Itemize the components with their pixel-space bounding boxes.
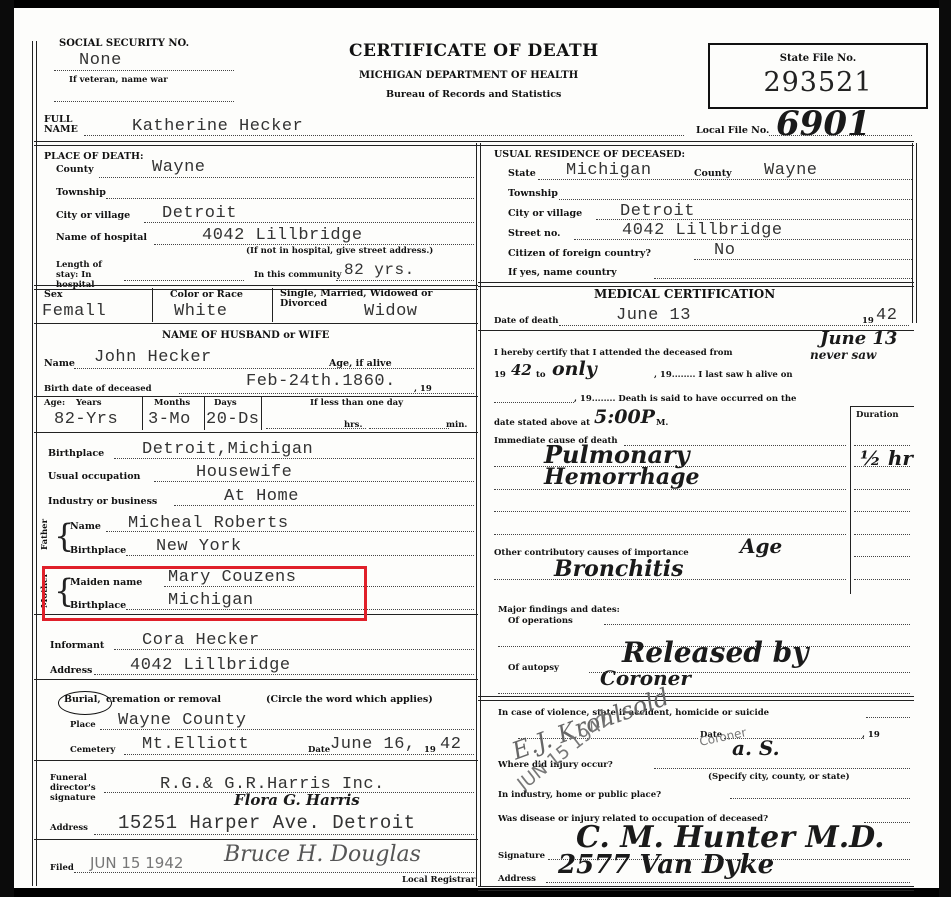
- filed-line: [74, 872, 474, 873]
- other-cause-1: Age: [740, 534, 782, 558]
- bureau-name: Bureau of Records and Statistics: [386, 89, 561, 100]
- res-citizen-label: Citizen of foreign country?: [508, 248, 651, 259]
- pod-community-label: In this community: [254, 270, 341, 280]
- to-label: to: [536, 370, 546, 380]
- registrar-signature: Bruce H. Douglas: [224, 842, 421, 867]
- burial-year-value: 42: [440, 735, 461, 754]
- state-file-box: State File No. 293521: [708, 43, 928, 109]
- res-county-label: County: [694, 168, 732, 179]
- days-value: 20-Ds: [206, 410, 260, 429]
- burial-divider: [34, 760, 478, 761]
- physician-address-line: [546, 882, 910, 883]
- age-label: Age:: [44, 398, 65, 408]
- physician-address-label: Address: [498, 874, 536, 884]
- duration-line-4: [854, 534, 910, 535]
- pod-township-line: [106, 198, 474, 199]
- personal-divider-3: [34, 432, 478, 433]
- burial-place-line: [100, 729, 474, 730]
- race-label: Color or Race: [170, 289, 243, 300]
- local-file-label: Local File No.: [696, 125, 769, 136]
- res-township-line: [559, 199, 912, 200]
- birth-date-value: Feb-24th.1860.: [246, 372, 396, 391]
- less-than-day-label: If less than one day: [310, 398, 403, 408]
- medical-heading: MEDICAL CERTIFICATION: [594, 287, 775, 301]
- full-name-line: [84, 135, 684, 136]
- res-citizen-line: [694, 259, 912, 260]
- pod-hospital-value: 4042 Lillbridge: [202, 226, 363, 245]
- funeral-director-signature: Flora G. Harris: [234, 791, 360, 809]
- pod-hospital-note: (If not in hospital, give street address…: [246, 246, 433, 256]
- pod-hospital-label: Name of hospital: [56, 232, 147, 243]
- duration-line-5: [854, 556, 910, 557]
- years-months-divider: [142, 397, 143, 430]
- industry-label: Industry or business: [48, 496, 157, 507]
- coroner-initials: a. S.: [732, 736, 780, 760]
- father-name-label: Name: [70, 521, 101, 532]
- father-birthplace-label: Birthplace: [70, 545, 126, 556]
- death-said-line: [494, 402, 574, 403]
- burial-place-label: Place: [70, 720, 96, 730]
- pod-stay-line: [124, 280, 244, 281]
- pod-city-label: City or village: [56, 210, 130, 221]
- burial-heading-circled: Burial,: [64, 694, 101, 705]
- months-days-divider: [204, 397, 205, 430]
- sex-label: Sex: [44, 289, 63, 300]
- duration-line-2: [854, 489, 910, 490]
- race-value: White: [174, 302, 228, 321]
- state-file-number: 293521: [710, 67, 926, 98]
- attended-from-value: June 13: [820, 328, 897, 349]
- sex-value: Femall: [42, 302, 106, 321]
- funeral-address-value: 15251 Harper Ave. Detroit: [118, 812, 416, 834]
- spouse-heading: NAME OF HUSBAND or WIFE: [162, 330, 329, 341]
- attended-year-prefix: 19: [494, 370, 506, 380]
- immediate-cause-line-2: [494, 489, 846, 490]
- cemetery-value: Mt.Elliott: [142, 735, 249, 754]
- autopsy-line-2: [498, 693, 910, 694]
- header-divider: [34, 141, 914, 146]
- duration-label: Duration: [856, 410, 899, 420]
- informant-address-line: [94, 674, 474, 675]
- local-file-number: 6901: [776, 104, 871, 144]
- autopsy-label: Of autopsy: [508, 663, 559, 673]
- occupation-label: Usual occupation: [48, 471, 140, 482]
- date-of-death-label: Date of death: [494, 316, 558, 326]
- violence-detail-line: [518, 738, 698, 739]
- marital-value: Widow: [364, 302, 418, 321]
- death-year-value: 42: [876, 306, 897, 325]
- res-street-value: 4042 Lillbridge: [622, 221, 783, 240]
- pod-county-value: Wayne: [152, 158, 206, 177]
- certify-text: I hereby certify that I attended the dec…: [494, 348, 732, 358]
- autopsy-value-2: Coroner: [600, 666, 691, 690]
- date-of-death-line: [559, 325, 909, 326]
- autopsy-line: [589, 672, 910, 673]
- min-label: min.: [446, 420, 467, 430]
- document-title: CERTIFICATE OF DEATH: [349, 41, 599, 61]
- cemetery-line: [124, 754, 474, 755]
- hrs-label: hrs.: [344, 420, 362, 430]
- duration-line-3: [854, 511, 910, 512]
- birthplace-label: Birthplace: [48, 448, 104, 459]
- industry-line: [174, 505, 474, 506]
- burial-heading-rest: cremation or removal: [106, 694, 221, 705]
- informant-divider: [34, 679, 478, 680]
- pod-community-line: [336, 280, 474, 281]
- spouse-age-label: Age, if alive: [329, 358, 392, 369]
- res-state-label: State: [508, 168, 536, 179]
- never-saw-note: never saw: [810, 348, 876, 362]
- autopsy-divider: [478, 696, 914, 701]
- duration-line-1: [854, 466, 910, 467]
- injury-place-line: [730, 798, 910, 799]
- time-suffix: M.: [656, 418, 668, 428]
- res-state-value: Michigan: [566, 161, 652, 180]
- duration-line-6: [854, 579, 910, 580]
- center-divider: [476, 143, 481, 886]
- operations-label: Of operations: [508, 616, 573, 626]
- right-frame-line-top: [912, 143, 917, 323]
- major-findings-label: Major findings and dates:: [498, 605, 620, 615]
- father-label: Father: [40, 519, 50, 550]
- violence-date-line: [724, 738, 864, 739]
- birth-date-label: Birth date of deceased: [44, 384, 152, 394]
- duration-top-line: [850, 406, 914, 407]
- residence-heading: USUAL RESIDENCE OF DECEASED:: [494, 149, 685, 160]
- informant-value: Cora Hecker: [142, 631, 260, 650]
- res-street-line: [574, 239, 912, 240]
- res-county-value: Wayne: [764, 161, 818, 180]
- place-of-death-heading: PLACE OF DEATH:: [44, 151, 144, 162]
- signature-label: Signature: [498, 851, 545, 861]
- spouse-name-value: John Hecker: [94, 348, 212, 367]
- spouse-name-label: Name: [44, 358, 75, 369]
- birth-date-line: [179, 393, 474, 394]
- filed-label: Filed: [50, 863, 74, 873]
- violence-line: [866, 717, 910, 718]
- burial-place-value: Wayne County: [118, 711, 246, 730]
- violence-year: , 19: [862, 730, 880, 740]
- informant-line: [114, 649, 474, 650]
- mother-highlight-box: [42, 566, 367, 621]
- injury-where-line: [654, 768, 910, 769]
- cemetery-label: Cemetery: [70, 745, 115, 755]
- industry-value: At Home: [224, 487, 299, 506]
- days-label: Days: [214, 398, 237, 408]
- other-causes-line: [494, 579, 846, 580]
- department-name: MICHIGAN DEPARTMENT OF HEALTH: [359, 70, 578, 81]
- informant-address-label: Address: [50, 665, 92, 676]
- informant-label: Informant: [50, 640, 104, 651]
- personal-divider-2: [34, 396, 478, 397]
- informant-address-value: 4042 Lillbridge: [130, 656, 291, 675]
- father-birthplace-value: New York: [156, 537, 242, 556]
- res-citizen-value: No: [714, 241, 735, 260]
- state-file-label: State File No.: [710, 53, 926, 64]
- funeral-address-line: [94, 834, 474, 835]
- funeral-director-label: Funeral director's signature: [50, 773, 120, 803]
- years-label: Years: [76, 398, 102, 408]
- injury-place-label: In industry, home or public place?: [498, 790, 661, 800]
- occupation-line: [154, 481, 474, 482]
- months-label: Months: [154, 398, 190, 408]
- last-saw-text: , 19........ I last saw h alive on: [654, 370, 793, 380]
- burial-date-value: June 16,: [330, 735, 416, 754]
- operations-line: [604, 624, 910, 625]
- pod-county-line: [99, 177, 474, 178]
- father-birthplace-line: [126, 555, 474, 556]
- full-name-value: Katherine Hecker: [132, 117, 303, 136]
- immediate-cause-line-4: [494, 534, 846, 535]
- pod-city-value: Detroit: [162, 204, 237, 223]
- father-name-line: [106, 531, 474, 532]
- duration-column-divider: [850, 406, 851, 594]
- left-border-strip: WRITE PLAINLY WITH UNFADING INK—THIS IS …: [0, 0, 14, 897]
- res-country-line: [654, 278, 912, 279]
- full-name-label: FULL NAME: [44, 115, 74, 135]
- res-state-line: [538, 179, 912, 180]
- ssn-value: None: [79, 51, 122, 70]
- veteran-label: If veteran, name war: [69, 75, 168, 85]
- veteran-line: [54, 101, 234, 102]
- ssn-line: [54, 70, 234, 71]
- physician-address-value: 2577 Van Dyke: [558, 850, 774, 880]
- spouse-name-line: [74, 368, 474, 369]
- personal-divider-1: [34, 323, 478, 324]
- ssn-label: SOCIAL SECURITY NO.: [59, 38, 189, 49]
- res-township-label: Township: [508, 188, 558, 199]
- pod-county-label: County: [56, 164, 94, 175]
- min-line: [369, 428, 449, 429]
- funeral-address-label: Address: [50, 823, 88, 833]
- death-certificate: SOCIAL SECURITY NO. None If veteran, nam…: [14, 8, 939, 888]
- burial-heading-note: (Circle the word which applies): [266, 694, 433, 705]
- time-value: 5:00P: [594, 406, 655, 428]
- res-country-label: If yes, name country: [508, 267, 617, 278]
- attended-to-value: only: [552, 358, 597, 380]
- attended-year-value: 42: [511, 361, 532, 379]
- injury-where-note: (Specify city, county, or state): [708, 772, 850, 782]
- birthplace-value: Detroit,Michigan: [142, 440, 313, 459]
- time-label: date stated above at: [494, 418, 590, 428]
- autopsy-value-1: Released by: [622, 636, 808, 669]
- res-city-line: [596, 219, 912, 220]
- sex-race-divider: [152, 288, 153, 322]
- res-city-label: City or village: [508, 208, 582, 219]
- filed-stamp: JUN 15 1942: [90, 854, 183, 872]
- race-marital-divider: [272, 288, 273, 322]
- pod-township-label: Township: [56, 187, 106, 198]
- date-of-death-value: June 13: [616, 306, 691, 325]
- death-said-text: , 19........ Death is said to have occur…: [574, 394, 796, 404]
- immediate-cause-2: Hemorrhage: [544, 464, 700, 490]
- local-file-line: [769, 135, 912, 136]
- pod-city-line: [144, 222, 474, 223]
- years-value: 82-Yrs: [54, 410, 118, 429]
- days-less-divider: [261, 397, 262, 430]
- right-border-strip: [939, 0, 951, 897]
- pod-hospital-line: [154, 244, 474, 245]
- bottom-divider: [478, 886, 914, 891]
- immediate-cause-line-3: [494, 511, 846, 512]
- months-value: 3-Mo: [148, 410, 191, 429]
- duration-line-0: [854, 445, 910, 446]
- birthplace-line: [114, 458, 474, 459]
- res-street-label: Street no.: [508, 228, 560, 239]
- registrar-label: Local Registrar: [402, 875, 475, 885]
- occupation-value: Housewife: [196, 463, 292, 482]
- funeral-divider: [34, 839, 478, 840]
- pod-community-value: 82 yrs.: [344, 261, 415, 279]
